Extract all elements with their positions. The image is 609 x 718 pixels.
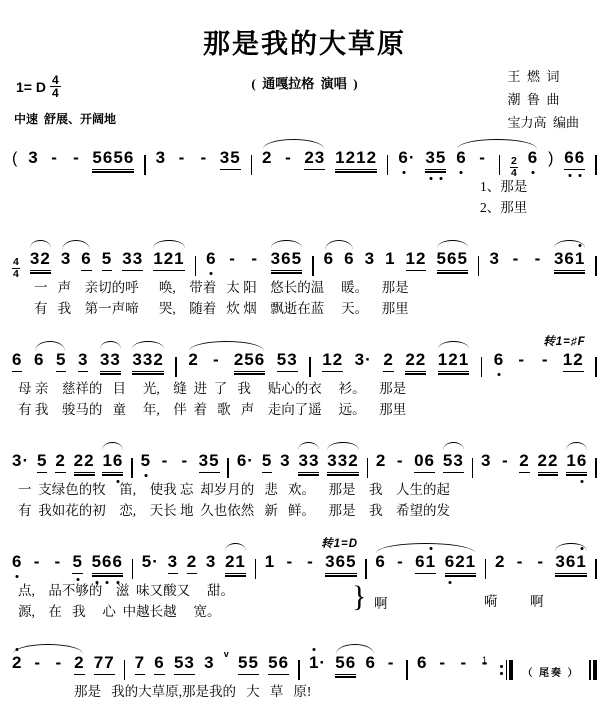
note-group: 3 xyxy=(28,149,38,168)
note-digit: 2 xyxy=(188,351,198,370)
note-group: 3 xyxy=(156,149,166,168)
note-digit: 7 xyxy=(104,654,114,673)
note-group: 6 xyxy=(12,553,22,572)
note-group: 6 xyxy=(81,250,91,271)
note-digit: 2 xyxy=(164,250,174,269)
duration-dash: - xyxy=(282,149,294,168)
note-digit: 3 xyxy=(298,452,308,471)
note-digit: 3 xyxy=(204,654,214,673)
note-group: 5 xyxy=(141,452,151,471)
note-digit: 1 xyxy=(153,250,163,269)
note-group: 61 xyxy=(415,553,436,574)
music-system: 2--27776533v55561·566-6---（ 尾奏 ）那是 我的大草原… xyxy=(12,641,597,701)
note-digit: 5 xyxy=(248,654,258,673)
note-digit: 6 xyxy=(494,351,504,370)
barline xyxy=(499,155,501,175)
note-group: 3 xyxy=(481,452,491,471)
duration-dash: - xyxy=(227,250,239,269)
parenthesis: ( xyxy=(12,150,18,168)
low-octave-dot xyxy=(497,373,500,376)
note-digit: 5 xyxy=(141,452,151,471)
music-system: 3·5222165--356·53333322-06533-22216一 支绿色… xyxy=(12,439,597,520)
barline xyxy=(595,559,597,579)
barline xyxy=(485,559,487,579)
note-digit: 6 xyxy=(528,149,538,168)
note-group: 22 xyxy=(74,452,95,473)
note-digit: · xyxy=(365,351,372,370)
note-group: 6 xyxy=(34,351,44,370)
note-group: 2 xyxy=(188,351,198,370)
note-digit: 3 xyxy=(100,351,110,370)
note-group: 3· xyxy=(12,452,29,471)
barline xyxy=(478,256,480,276)
note-digit: 5 xyxy=(335,654,345,673)
note-group: 332 xyxy=(327,452,358,473)
note-digit: 5 xyxy=(230,149,240,168)
note-digit: 6 xyxy=(456,149,466,168)
slur-arc xyxy=(438,341,469,349)
note-digit: 2 xyxy=(538,452,548,471)
note-digit: 2 xyxy=(367,149,377,168)
slur-arc xyxy=(566,442,587,450)
note-digit: 6 xyxy=(237,452,247,471)
note-digit: 1 xyxy=(426,553,436,572)
note-group: 22 xyxy=(538,452,559,473)
note-digit: 5 xyxy=(174,654,184,673)
note-digit: 2 xyxy=(448,351,458,370)
barline xyxy=(144,155,146,175)
duration-dash: - xyxy=(159,452,171,471)
note-group: 2 xyxy=(262,149,272,168)
low-octave-dot xyxy=(144,474,147,477)
note-group: 35 xyxy=(220,149,241,170)
note-group: 5656 xyxy=(92,149,134,170)
modulation-label: 转1=D xyxy=(321,538,358,551)
note-digit: 3 xyxy=(555,553,565,572)
note-group: 565 xyxy=(437,250,468,271)
barline xyxy=(309,357,311,377)
coda-label: （ 尾奏 ） xyxy=(523,664,580,679)
music-system: 6--55665·323211--365转1=D6-616212--361点, … xyxy=(12,540,597,621)
note-group: 2 xyxy=(383,351,393,372)
note-digit: 2 xyxy=(40,250,50,269)
note-digit: · xyxy=(247,452,254,471)
key-label: 1= D xyxy=(16,79,46,95)
note-digit: 6 xyxy=(575,149,585,168)
note-digit: 6 xyxy=(365,654,375,673)
overlay-text: } xyxy=(352,580,366,614)
duration-dash: - xyxy=(179,452,191,471)
low-octave-dot xyxy=(116,581,119,584)
barline xyxy=(595,357,597,377)
tempo-marking: 中速 舒展、开阔地 xyxy=(14,110,116,127)
note-digit: 3 xyxy=(287,351,297,370)
lyricist-credit: 王 燃 词 xyxy=(507,69,559,84)
duration-dash: - xyxy=(53,654,65,673)
note-group: 66 xyxy=(564,149,585,170)
lyric-row: 有 我如花的初 恋, 天长 地 久也依然 新 鲜。 那是 我 希望的发 xyxy=(18,501,597,520)
note-digit: 6 xyxy=(425,452,435,471)
note-digit: 2 xyxy=(153,351,163,370)
note-digit: 1 xyxy=(566,452,576,471)
barline xyxy=(251,155,253,175)
note-digit: 2 xyxy=(84,452,94,471)
note-group: 5 xyxy=(102,250,112,271)
duration-dash: - xyxy=(514,553,526,572)
note-digit: 1 xyxy=(174,250,184,269)
note-digit: 6 xyxy=(34,351,44,370)
note-digit: 3 xyxy=(28,149,38,168)
note-group: 33 xyxy=(100,351,121,372)
music-row: 4432365331216--3656631125653--361 xyxy=(12,237,597,276)
note-digit: 1 xyxy=(576,553,586,572)
note-group: 621 xyxy=(445,553,476,574)
song-title: 那是我的大草原 xyxy=(12,22,597,61)
note-group: 6 xyxy=(528,149,538,168)
note-digit: 0 xyxy=(414,452,424,471)
note-digit: 2 xyxy=(74,654,84,673)
note-group: 365转1=D xyxy=(325,553,356,574)
note-digit: 2 xyxy=(383,351,393,370)
duration-dash: - xyxy=(458,654,470,673)
note-digit: 3 xyxy=(489,250,499,269)
time-numerator: 4 xyxy=(12,257,20,269)
barline xyxy=(406,660,408,680)
note-digit: 5 xyxy=(443,452,453,471)
note-digit: 6 xyxy=(564,250,574,269)
note-digit: 5 xyxy=(277,351,287,370)
note-group: 21 xyxy=(225,553,246,574)
note-digit: 1 xyxy=(563,351,573,370)
parenthesis: ) xyxy=(548,150,554,168)
duration-dash: - xyxy=(437,654,449,673)
note-group: 16 xyxy=(102,452,123,473)
note-group: 35 xyxy=(425,149,446,170)
duration-dash: - xyxy=(198,149,210,168)
note-digit: 2 xyxy=(12,654,22,673)
slur-arc xyxy=(30,240,51,248)
barline xyxy=(472,458,474,478)
high-octave-dot xyxy=(429,547,432,550)
high-octave-dot xyxy=(313,648,316,651)
note-digit: 3 xyxy=(12,452,22,471)
note-digit: 3 xyxy=(315,149,325,168)
note-digit: 6 xyxy=(12,553,22,572)
barline xyxy=(255,559,257,579)
note-group: 35 xyxy=(199,452,220,473)
note-digit: 6 xyxy=(415,553,425,572)
note-group: 361 xyxy=(554,250,585,271)
low-octave-dot xyxy=(440,177,443,180)
note-digit: 1 xyxy=(265,553,275,572)
note-group: 365 xyxy=(271,250,302,271)
low-octave-dot xyxy=(402,171,405,174)
note-digit: 2 xyxy=(74,452,84,471)
note-digit: 6 xyxy=(344,250,354,269)
breath-mark: v xyxy=(224,649,229,659)
note-digit: 1 xyxy=(235,553,245,572)
note-digit: 3 xyxy=(309,452,319,471)
note-digit: 5 xyxy=(244,351,254,370)
lyric-row: 源, 在 我 心 中越长越 宽。 xyxy=(18,602,597,621)
note-digit: 5 xyxy=(209,452,219,471)
note-digit: 7 xyxy=(135,654,145,673)
slur-arc xyxy=(437,240,468,248)
duration-dash: - xyxy=(176,149,188,168)
note-group: 12 xyxy=(322,351,343,372)
note-digit: 2 xyxy=(376,452,386,471)
note-digit: 7 xyxy=(94,654,104,673)
note-group: 121 xyxy=(438,351,469,372)
barline xyxy=(195,256,197,276)
note-digit: 6 xyxy=(336,553,346,572)
time-signature: 24 xyxy=(510,156,518,178)
note-digit: 3 xyxy=(184,654,194,673)
note-group: 6 xyxy=(324,250,334,269)
note-group: 33 xyxy=(298,452,319,473)
note-digit: 3 xyxy=(110,351,120,370)
note-digit: 3 xyxy=(554,250,564,269)
note-digit: 2 xyxy=(573,351,583,370)
sheet-music-page: 那是我的大草原 ( 通嘎拉格 演唱 ) 王 燃 词 潮 鲁 曲 宝力高 编曲 1… xyxy=(0,0,609,718)
note-digit: 6 xyxy=(81,250,91,269)
note-digit: 3 xyxy=(30,250,40,269)
note-group: 77 xyxy=(94,654,115,675)
duration-dash: - xyxy=(532,250,544,269)
note-group: 7 xyxy=(135,654,145,675)
barline xyxy=(175,357,177,377)
note-digit: 3 xyxy=(143,351,153,370)
note-digit: 6 xyxy=(564,149,574,168)
slur-arc xyxy=(132,341,163,349)
note-digit: 6 xyxy=(577,452,587,471)
note-digit: 6 xyxy=(113,452,123,471)
note-digit: · xyxy=(319,654,326,673)
note-digit: 5 xyxy=(142,553,152,572)
barline xyxy=(365,559,367,579)
music-system: 6653333322-25653123·2221216--12转1=♯F母 亲 … xyxy=(12,338,597,419)
note-group: 1· xyxy=(309,654,326,673)
duration-dash: - xyxy=(394,452,406,471)
note-digit: 6 xyxy=(398,149,408,168)
duration-dash: - xyxy=(52,553,64,572)
duration-dash: - xyxy=(385,654,397,673)
note-digit: 1 xyxy=(459,351,469,370)
note-group: 3 xyxy=(206,553,216,572)
note-group: 256 xyxy=(234,351,265,372)
note-digit: 5 xyxy=(238,654,248,673)
note-digit: 3 xyxy=(78,351,88,370)
note-digit: 2 xyxy=(416,351,426,370)
low-octave-dot xyxy=(106,581,109,584)
slur-arc xyxy=(555,543,586,551)
duration-dash: - xyxy=(510,250,522,269)
music-row: (3--56563--352-2312126·356-246)66 xyxy=(12,136,597,175)
duration-dash: - xyxy=(477,149,489,168)
note-digit: 2 xyxy=(262,149,272,168)
note-digit: 2 xyxy=(405,351,415,370)
low-octave-dot xyxy=(429,177,432,180)
note-group: 5 xyxy=(72,553,82,574)
note-group: 3 xyxy=(489,250,499,269)
note-digit: 6 xyxy=(103,149,113,168)
barline xyxy=(595,155,597,175)
note-digit: 5 xyxy=(437,250,447,269)
note-digit: · xyxy=(152,553,159,572)
note-group: 6 xyxy=(344,250,354,269)
note-group: 1 xyxy=(265,553,275,572)
lyric-row: 有 我 骏马的 童 年, 伴 着 歌 声 走向了遥 远。 那里 xyxy=(18,400,597,419)
duration-dash: - xyxy=(32,654,44,673)
low-octave-dot xyxy=(448,581,451,584)
note-digit: 6 xyxy=(12,351,22,370)
low-octave-dot xyxy=(16,575,19,578)
duration-dash: - xyxy=(249,250,261,269)
note-digit: 5 xyxy=(262,452,272,471)
note-group: 3 xyxy=(204,654,214,673)
lyric-row: 1、那是 xyxy=(480,177,597,196)
note-group: 12 xyxy=(406,250,427,271)
barline xyxy=(312,256,314,276)
low-octave-dot xyxy=(460,171,463,174)
note-digit: 5 xyxy=(92,553,102,572)
note-digit: 3 xyxy=(206,553,216,572)
barline xyxy=(124,660,126,680)
note-digit: 5 xyxy=(56,351,66,370)
slur-arc xyxy=(100,341,121,349)
note-digit: 1 xyxy=(322,351,332,370)
lyric-row: 2、那里 xyxy=(480,198,597,217)
note-group: 2 xyxy=(74,654,84,675)
lyric-row: 点, 品不够的 滋 味又酸又 甜。 xyxy=(18,581,597,600)
note-digit: 1 xyxy=(466,553,476,572)
note-digit: 6 xyxy=(255,351,265,370)
slur-arc xyxy=(102,442,123,450)
note-group: 23 xyxy=(304,149,325,170)
note-digit: 2 xyxy=(519,452,529,471)
note-group: 1212 xyxy=(335,149,377,170)
note-group: 6 xyxy=(365,654,375,673)
lyric-row: 那是 我的大草原,那是我的 大 草 原! xyxy=(74,682,597,701)
duration-dash: - xyxy=(71,149,83,168)
note-group: 33 xyxy=(122,250,143,271)
note-digit: 2 xyxy=(548,452,558,471)
note-digit: 6 xyxy=(102,553,112,572)
note-group: 2 xyxy=(519,452,529,473)
credits-block: 王 燃 词 潮 鲁 曲 宝力高 编曲 xyxy=(507,66,579,134)
note-digit: 2 xyxy=(225,553,235,572)
slur-arc xyxy=(443,442,464,450)
note-digit: 6 xyxy=(206,250,216,269)
note-group: 3 xyxy=(280,452,290,471)
time-numerator: 2 xyxy=(510,156,518,168)
score-body: (3--56563--352-2312126·356-246)661、那是2、那… xyxy=(12,136,597,701)
note-digit: 6 xyxy=(154,654,164,673)
key-signature: 1= D 44 xyxy=(16,74,61,99)
note-digit: 3 xyxy=(133,250,143,269)
time-denominator: 4 xyxy=(510,168,518,179)
note-group: 6 xyxy=(206,250,216,269)
note-digit: 3 xyxy=(122,250,132,269)
note-group: 56 xyxy=(268,654,289,675)
note-group: 5 xyxy=(262,452,272,473)
note-group: 53 xyxy=(174,654,195,675)
note-digit: · xyxy=(409,149,416,168)
duration-dash: - xyxy=(516,351,528,370)
note-digit: 3 xyxy=(156,149,166,168)
duration-dash: - xyxy=(539,351,551,370)
slur-arc xyxy=(225,543,246,551)
note-digit: 2 xyxy=(348,452,358,471)
arranger-credit: 宝力高 编曲 xyxy=(507,115,579,130)
slur-arc xyxy=(271,240,302,248)
note-digit: 6 xyxy=(417,654,427,673)
lyric-row: 母 亲 慈祥的 目 光, 缝 进 了 我 贴心的衣 衫。 那是 xyxy=(18,379,597,398)
time-denominator: 4 xyxy=(12,269,20,280)
low-octave-dot xyxy=(210,272,213,275)
note-digit: 2 xyxy=(495,553,505,572)
duration-dash: - xyxy=(284,553,296,572)
note-digit: 5 xyxy=(268,654,278,673)
note-digit: 6 xyxy=(447,250,457,269)
low-octave-dot xyxy=(95,581,98,584)
high-octave-dot xyxy=(16,648,19,651)
duration-dash: - xyxy=(394,553,406,572)
note-digit: 6 xyxy=(279,654,289,673)
note-group: 2 xyxy=(495,553,505,572)
composer-credit: 潮 鲁 曲 xyxy=(507,92,559,107)
barline xyxy=(131,458,133,478)
duration-dash: - xyxy=(49,149,61,168)
note-group: 6 xyxy=(12,351,22,372)
barline xyxy=(481,357,483,377)
music-row: 6--55665·323211--365转1=D6-616212--361 xyxy=(12,540,597,579)
lyric-row: 有 我 第一声啼 哭, 随着 炊 烟 飘逝在蓝 天。 那里 xyxy=(34,299,597,318)
note-digit: 6 xyxy=(324,250,334,269)
note-digit: 3 xyxy=(168,553,178,572)
note-group: 6 xyxy=(494,351,504,370)
note-digit: 1 xyxy=(575,250,585,269)
note-group: 6 xyxy=(456,149,466,168)
note-digit: 1 xyxy=(385,250,395,269)
note-digit: 5 xyxy=(72,553,82,572)
note-group: 6· xyxy=(398,149,415,168)
slur-arc xyxy=(153,240,184,248)
low-octave-dot xyxy=(76,578,79,581)
note-group: 566 xyxy=(92,553,123,574)
note-digit: 2 xyxy=(333,351,343,370)
note-group: 3 xyxy=(365,250,375,269)
note-digit: 3 xyxy=(132,351,142,370)
note-digit: 3 xyxy=(338,452,348,471)
note-digit: 5 xyxy=(92,149,102,168)
note-digit: 6 xyxy=(346,654,356,673)
note-group: 16 xyxy=(566,452,587,473)
note-digit: 2 xyxy=(304,149,314,168)
low-octave-dot xyxy=(579,174,582,177)
note-digit: 1 xyxy=(438,351,448,370)
note-group: 3· xyxy=(355,351,372,370)
note-digit: 3 xyxy=(481,452,491,471)
page-number: 1 xyxy=(482,655,487,665)
note-group: 361 xyxy=(555,553,586,574)
barline xyxy=(387,155,389,175)
note-digit: 6 xyxy=(445,553,455,572)
barline xyxy=(595,458,597,478)
music-row: 2--27776533v55561·566-6---（ 尾奏 ） xyxy=(12,641,597,680)
note-group: 56 xyxy=(335,654,356,675)
note-group: 2 xyxy=(376,452,386,471)
